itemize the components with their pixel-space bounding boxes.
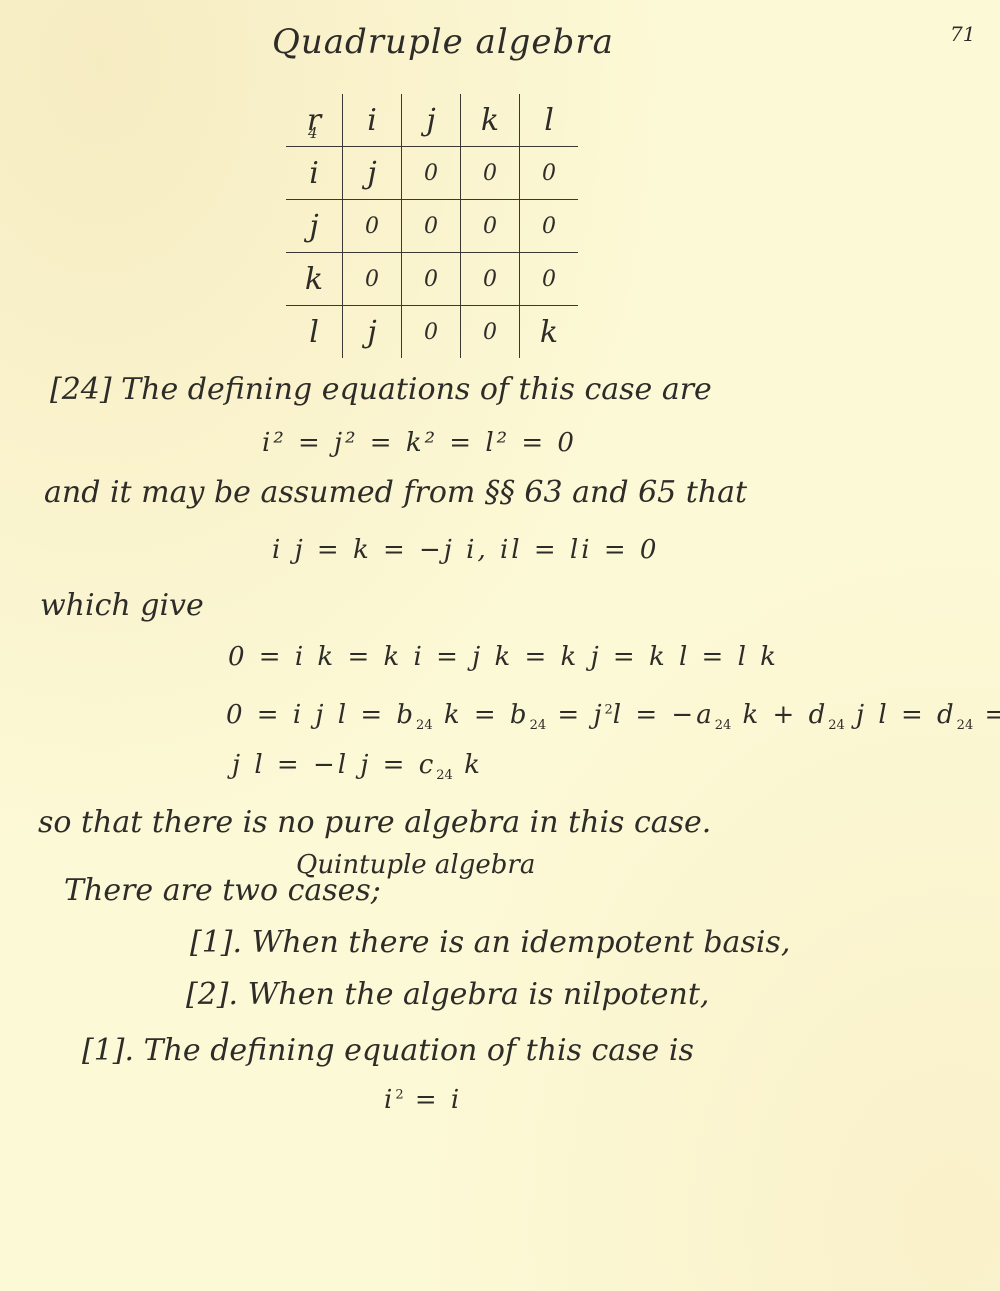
table-cell: 0 (461, 306, 520, 359)
eq-part: k (453, 750, 483, 780)
table-cell: 0 (520, 253, 579, 306)
column-header: i (343, 94, 402, 147)
table-cell: 0 (402, 253, 461, 306)
column-header: k (461, 94, 520, 147)
table-row: i j 0 0 0 (286, 147, 578, 200)
table-cell: 0 (343, 253, 402, 306)
case-1-detail-text: [1]. The defining equation of this case … (82, 1033, 694, 1068)
page-number: 71 (950, 22, 975, 46)
equation-idempotent: i2 = i (384, 1085, 462, 1115)
table-corner: r4 (286, 94, 343, 147)
column-header: j (402, 94, 461, 147)
equation-ij-k: i j = k = −j i, il = li = 0 (272, 535, 659, 565)
table-header-row: r4 i j k l (286, 94, 578, 147)
table-cell: j (343, 306, 402, 359)
row-header: j (286, 200, 343, 253)
case-2-item: [2]. When the algebra is nilpotent, (186, 977, 709, 1012)
row-header: i (286, 147, 343, 200)
section-text: The defining equations of this case are (121, 372, 712, 407)
row-header: l (286, 306, 343, 359)
table-cell: j (343, 147, 402, 200)
table-row: j 0 0 0 0 (286, 200, 578, 253)
equation-squares-zero: i² = j² = k² = l² = 0 (262, 428, 577, 458)
table-row: k 0 0 0 0 (286, 253, 578, 306)
section-title-quadruple-algebra: Quadruple algebra (272, 22, 614, 62)
corner-subscript: 4 (308, 124, 318, 142)
table-cell: 0 (402, 200, 461, 253)
eq-part: = a (973, 700, 1000, 730)
eq-part: j l = −l j = c (232, 750, 436, 780)
equation-ijl: 0 = i j l = b24 k = b24 = j2l = −a24 k +… (226, 700, 1000, 733)
table-row: l j 0 0 k (286, 306, 578, 359)
eq-subscript: 24 (416, 718, 433, 733)
table-cell: 0 (402, 147, 461, 200)
row-header: k (286, 253, 343, 306)
eq-part: 0 = i j l = b (226, 700, 416, 730)
table-cell: 0 (461, 253, 520, 306)
eq-part: l = −a (613, 700, 715, 730)
column-header: l (520, 94, 579, 147)
eq-superscript: 2 (605, 702, 613, 717)
eq-subscript: 24 (436, 768, 453, 783)
multiplication-table: r4 i j k l i j 0 0 0 j 0 0 0 0 k 0 0 0 0 (286, 94, 578, 358)
eq-part: j l = d (845, 700, 957, 730)
eq-part: = j (546, 700, 604, 730)
eq-part: k = b (433, 700, 530, 730)
equation-zero-products: 0 = i k = k i = j k = k j = k l = l k (228, 642, 779, 672)
conclusion-text: so that there is no pure algebra in this… (38, 805, 711, 840)
eq-superscript: 2 (395, 1087, 403, 1102)
which-give-text: which give (40, 588, 204, 623)
table-cell: k (520, 306, 579, 359)
table-cell: 0 (343, 200, 402, 253)
equation-jl: j l = −l j = c24 k (232, 750, 483, 783)
eq-subscript: 24 (715, 718, 732, 733)
eq-subscript: 24 (530, 718, 547, 733)
eq-part: i (384, 1085, 395, 1115)
table-cell: 0 (520, 147, 579, 200)
eq-part: = i (404, 1085, 463, 1115)
eq-part: k + d (731, 700, 828, 730)
eq-subscript: 24 (828, 718, 845, 733)
table-cell: 0 (461, 147, 520, 200)
table-cell: 0 (520, 200, 579, 253)
section-marker: [24] (50, 372, 112, 407)
table-cell: 0 (402, 306, 461, 359)
case-1-item: [1]. When there is an idempotent basis, (190, 925, 790, 960)
table-cell: 0 (461, 200, 520, 253)
section-24-paragraph: [24] The defining equations of this case… (50, 372, 712, 407)
assumption-text: and it may be assumed from §§ 63 and 65 … (44, 475, 747, 510)
two-cases-text: There are two cases; (64, 873, 381, 908)
eq-subscript: 24 (957, 718, 974, 733)
